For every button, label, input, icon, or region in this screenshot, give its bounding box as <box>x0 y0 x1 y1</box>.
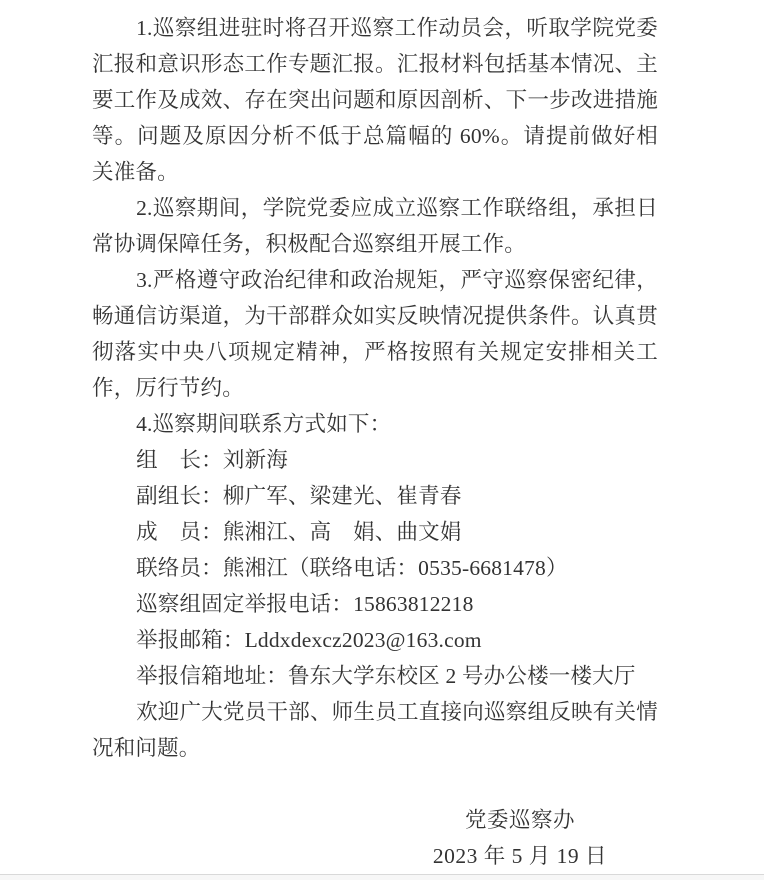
body-paragraph-3: 3.严格遵守政治纪律和政治规矩，严守巡察保密纪律，畅通信访渠道，为干部群众如实反… <box>92 262 658 406</box>
contact-line-deputy-leaders: 副组长：柳广军、梁建光、崔青春 <box>92 478 658 514</box>
contact-line-leader: 组 长：刘新海 <box>92 442 658 478</box>
closing-paragraph: 欢迎广大党员干部、师生员工直接向巡察组反映有关情况和问题。 <box>92 694 658 766</box>
contact-line-liaison: 联络员：熊湘江（联络电话：0535-6681478） <box>92 550 658 586</box>
body-paragraph-1: 1.巡察组进驻时将召开巡察工作动员会，听取学院党委汇报和意识形态工作专题汇报。汇… <box>92 10 658 190</box>
contact-line-report-mailbox-address: 举报信箱地址：鲁东大学东校区 2 号办公楼一楼大厅 <box>92 658 658 694</box>
body-paragraph-4: 4.巡察期间联系方式如下： <box>92 406 658 442</box>
document-page: 1.巡察组进驻时将召开巡察工作动员会，听取学院党委汇报和意识形态工作专题汇报。汇… <box>0 0 764 880</box>
signature-block: 党委巡察办 2023 年 5 月 19 日 <box>400 802 640 874</box>
contact-line-report-email: 举报邮箱：Lddxdexcz2023@163.com <box>92 622 658 658</box>
signature-date: 2023 年 5 月 19 日 <box>400 838 640 874</box>
contact-line-report-phone: 巡察组固定举报电话：15863812218 <box>92 586 658 622</box>
contact-line-members: 成 员：熊湘江、高 娟、曲文娟 <box>92 514 658 550</box>
document-body: 1.巡察组进驻时将召开巡察工作动员会，听取学院党委汇报和意识形态工作专题汇报。汇… <box>0 0 658 874</box>
body-paragraph-2: 2.巡察期间，学院党委应成立巡察工作联络组，承担日常协调保障任务，积极配合巡察组… <box>92 190 658 262</box>
page-bottom-edge <box>0 874 764 880</box>
signature-office: 党委巡察办 <box>400 802 640 838</box>
